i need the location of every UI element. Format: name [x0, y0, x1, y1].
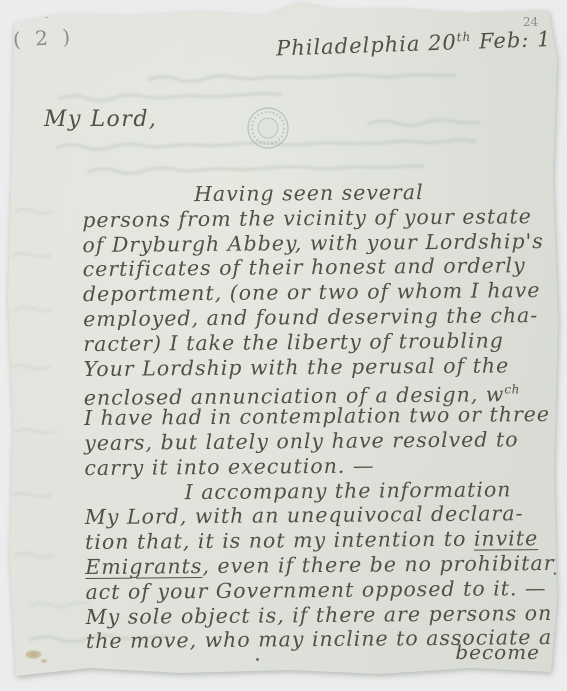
ghost-stroke	[88, 166, 424, 174]
ghost-stroke	[368, 120, 480, 126]
underlined-word: Emigrants	[85, 554, 202, 579]
ghost-margin-stroke	[10, 365, 50, 369]
ghost-margin-stroke	[12, 253, 52, 257]
ghost-margin-stroke	[14, 553, 54, 557]
line-text: Having seen several	[194, 180, 424, 206]
line-text: employed, and found deserving the cha-	[83, 303, 538, 331]
salutation: My Lord,	[44, 107, 157, 132]
paper-stain-small	[41, 659, 47, 663]
line-text: act of your Government opposed to it. —	[85, 576, 546, 604]
ink-dot	[256, 658, 259, 661]
paper-sheet: 209 ( 2 ) 24 Philadelphia 20th Feb: 1796…	[0, 0, 567, 691]
line-text: certificates of their honest and orderly	[83, 254, 526, 282]
line-text: I have had in contemplation two or three	[84, 402, 550, 430]
line-text: racter) I take the liberty of troubling	[83, 328, 504, 356]
line-text: I accompany the information	[185, 477, 512, 504]
line-text: carry it into execution. —	[84, 453, 374, 480]
ghost-margin-stroke	[12, 493, 52, 497]
catchword: become	[0, 640, 540, 664]
line-text: years, but lately only have resolved to	[84, 427, 519, 455]
ghost-margin-stroke	[14, 429, 54, 433]
ghost-margin-stroke	[14, 209, 54, 213]
line-text: persons from the vicinity of your estate	[82, 204, 532, 232]
superscript-abbreviation: ch	[504, 383, 520, 397]
line-text: tion that, it is not my intention to	[85, 527, 474, 554]
letter-body: Having seen several persons from the vic…	[82, 179, 558, 654]
ghost-stroke	[148, 75, 456, 82]
paper-stain	[25, 650, 42, 659]
letter-scan: 209 ( 2 ) 24 Philadelphia 20th Feb: 1796…	[0, 0, 567, 691]
ghost-margin-stroke	[30, 603, 90, 607]
ghost-stroke	[58, 94, 282, 101]
line-text: , even if there be no prohibitary	[202, 551, 567, 578]
folio-number-red: 209	[27, 7, 52, 22]
dateline-suffix: th	[456, 30, 471, 44]
line-text: My sole object is, if there are persons …	[86, 601, 553, 629]
manuscript-line: years, but lately only have resolved to	[84, 427, 556, 456]
manuscript-line: I accompany the information	[185, 477, 557, 505]
manuscript-line: Having seen several	[194, 179, 554, 207]
ghost-margin-stroke	[14, 307, 54, 311]
underlined-word: invite	[474, 526, 538, 551]
line-text: of Dryburgh Abbey, with your Lordship's	[82, 229, 543, 257]
line-text: Your Lordship with the perusal of the	[83, 353, 509, 381]
embossed-seal	[244, 104, 292, 152]
line-text: deportment, (one or two of whom I have	[83, 278, 541, 306]
line-text: My Lord, with an unequivocal declara-	[85, 502, 524, 530]
dateline-rest: Feb: 1796	[471, 25, 567, 53]
